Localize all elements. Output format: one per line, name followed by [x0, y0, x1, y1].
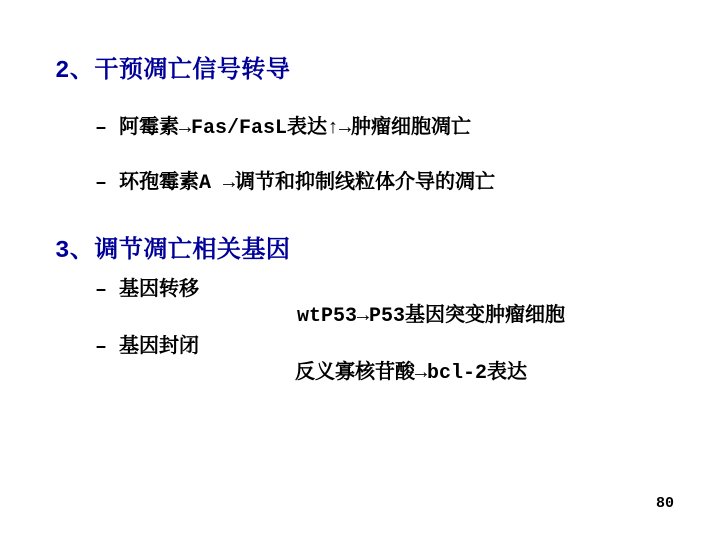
bullet-gene-transfer: – 基因转移 [95, 279, 199, 302]
bullet-gene-blocking: – 基因封闭 [95, 336, 199, 359]
section-heading-intervene-apoptosis-signal: 2、干预凋亡信号转导 [55, 58, 290, 86]
page-number: 80 [656, 495, 674, 512]
section-heading-regulate-apoptosis-genes: 3、调节凋亡相关基因 [55, 238, 290, 266]
slide-canvas: 2、干预凋亡信号转导 – 阿霉素→Fas/FasL表达↑→肿瘤细胞凋亡 – 环孢… [0, 0, 720, 540]
bullet-adriamycin-fas-fasl: – 阿霉素→Fas/FasL表达↑→肿瘤细胞凋亡 [95, 117, 471, 140]
subline-wtp53-mutant-tumor-cells: wtP53→P53基因突变肿瘤细胞 [297, 305, 565, 328]
bullet-cyclosporin-a-mitochondria: – 环孢霉素A →调节和抑制线粒体介导的凋亡 [95, 172, 495, 195]
subline-antisense-oligonucleotide-bcl2: 反义寡核苷酸→bcl-2表达 [295, 362, 527, 385]
